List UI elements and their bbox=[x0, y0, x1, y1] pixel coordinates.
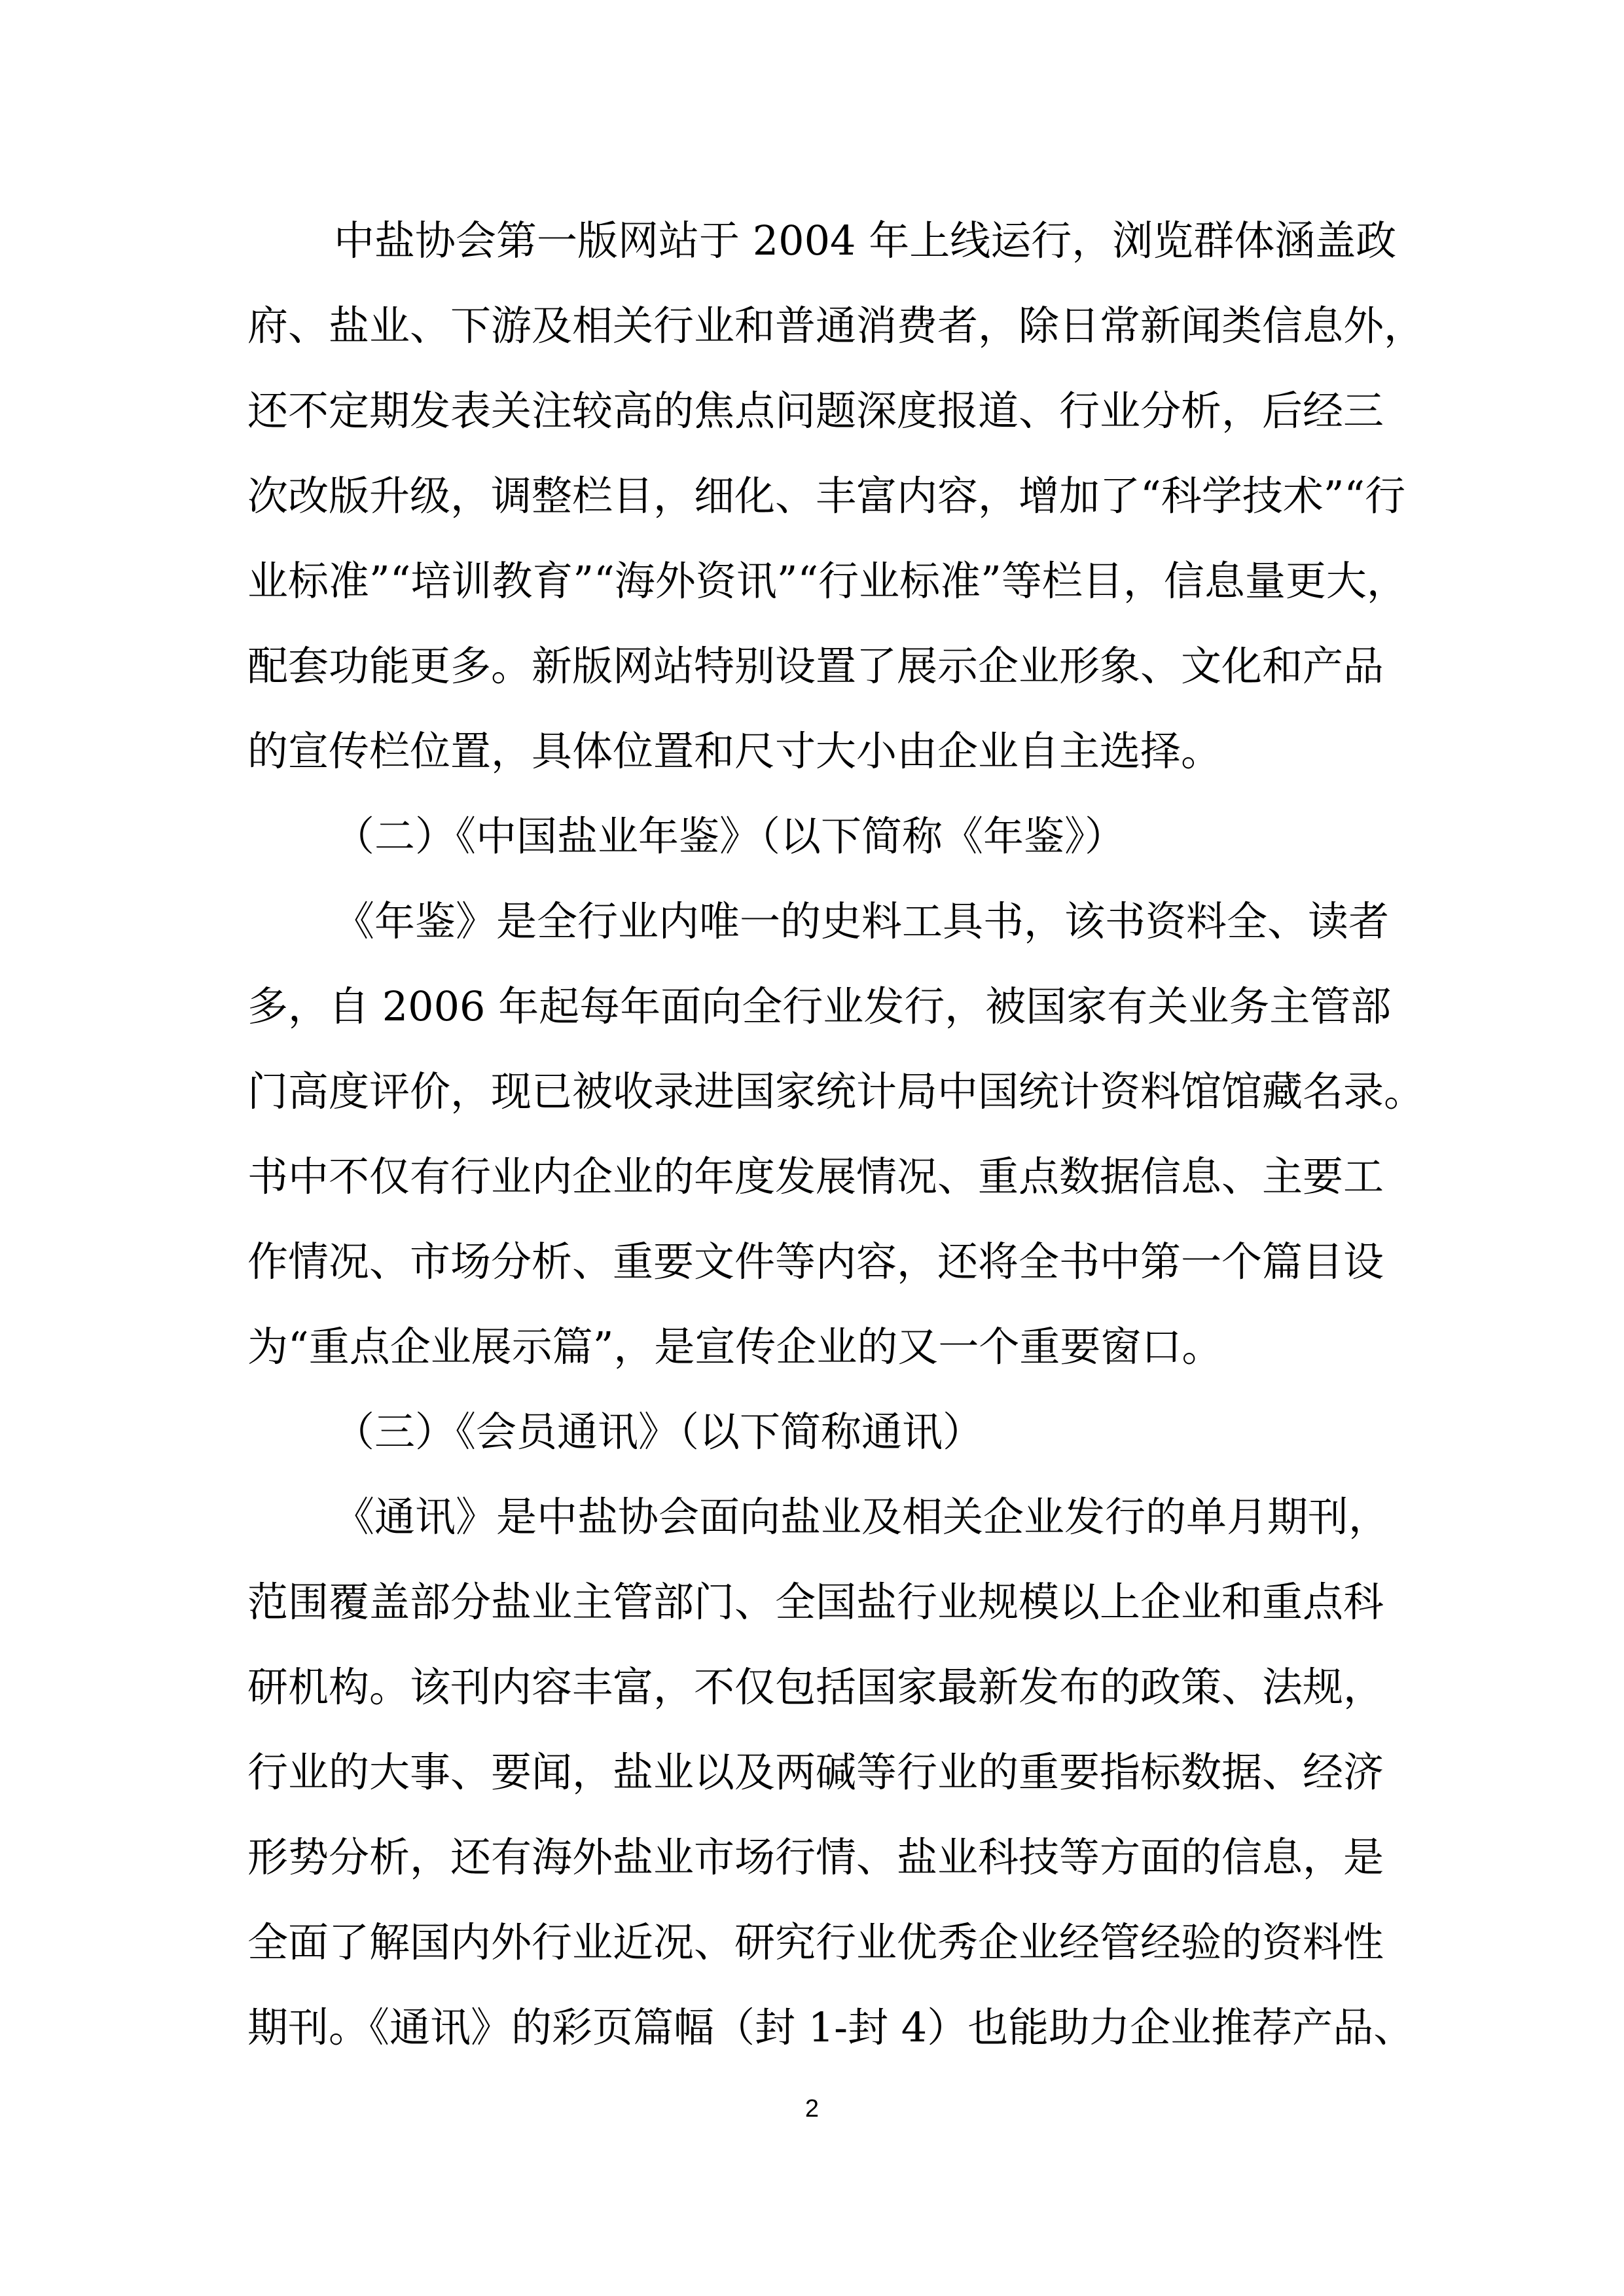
paragraph-website-line-4: 次改版升级，调整栏目，细化、丰富内容，增加了“科学技术”“行 bbox=[247, 463, 1377, 529]
paragraph-website-line-7: 的宣传栏位置，具体位置和尺寸大小由企业自主选择。 bbox=[247, 719, 1221, 784]
paragraph-website-line-5: 业标准”“培训教育”“海外资讯”“行业标准”等栏目，信息量更大， bbox=[247, 548, 1377, 614]
paragraph-website-line-6: 配套功能更多。新版网站特别设置了展示企业形象、文化和产品 bbox=[247, 634, 1377, 699]
paragraph-website-line-3: 还不定期发表关注较高的焦点问题深度报道、行业分析，后经三 bbox=[247, 378, 1377, 444]
paragraph-newsletter-line-6: 全面了解国内外行业近况、研究行业优秀企业经管经验的资料性 bbox=[247, 1910, 1377, 1975]
paragraph-yearbook-line-1: 《年鉴》是全行业内唯一的史料工具书，该书资料全、读者 bbox=[334, 889, 1377, 954]
document-page: 中盐协会第一版网站于 2004 年上线运行，浏览群体涵盖政 府、盐业、下游及相关… bbox=[0, 0, 1624, 2296]
paragraph-yearbook-line-2: 多，自 2006 年起每年面向全行业发行，被国家有关业务主管部 bbox=[247, 974, 1377, 1039]
paragraph-yearbook-line-6: 为“重点企业展示篇”，是宣传企业的又一个重要窗口。 bbox=[247, 1314, 1222, 1380]
paragraph-yearbook-line-3: 门高度评价，现已被收录进国家统计局中国统计资料馆馆藏名录。 bbox=[247, 1059, 1377, 1124]
paragraph-newsletter-line-7: 期刊。《通讯》的彩页篇幅（封 1-封 4）也能助力企业推荐产品、 bbox=[247, 1995, 1377, 2060]
paragraph-newsletter-line-4: 行业的大事、要闻，盐业以及两碱等行业的重要指标数据、经济 bbox=[247, 1740, 1377, 1805]
paragraph-newsletter-line-5: 形势分析，还有海外盐业市场行情、盐业科技等方面的信息，是 bbox=[247, 1825, 1377, 1890]
paragraph-newsletter-line-1: 《通讯》是中盐协会面向盐业及相关企业发行的单月期刊， bbox=[334, 1484, 1377, 1550]
section-heading-yearbook: （二）《中国盐业年鉴》（以下简称《年鉴》） bbox=[334, 804, 1125, 869]
paragraph-yearbook-line-5: 作情况、市场分析、重要文件等内容，还将全书中第一个篇目设 bbox=[247, 1229, 1377, 1295]
page-number: 2 bbox=[0, 2092, 1624, 2126]
paragraph-website-line-1: 中盐协会第一版网站于 2004 年上线运行，浏览群体涵盖政 bbox=[334, 208, 1377, 274]
section-heading-newsletter: （三）《会员通讯》（以下简称通讯） bbox=[334, 1399, 983, 1465]
paragraph-website-line-2: 府、盐业、下游及相关行业和普通消费者，除日常新闻类信息外， bbox=[247, 293, 1377, 359]
paragraph-newsletter-line-3: 研机构。该刊内容丰富，不仅包括国家最新发布的政策、法规， bbox=[247, 1655, 1377, 1720]
paragraph-newsletter-line-2: 范围覆盖部分盐业主管部门、全国盐行业规模以上企业和重点科 bbox=[247, 1570, 1377, 1635]
paragraph-yearbook-line-4: 书中不仅有行业内企业的年度发展情况、重点数据信息、主要工 bbox=[247, 1144, 1377, 1210]
